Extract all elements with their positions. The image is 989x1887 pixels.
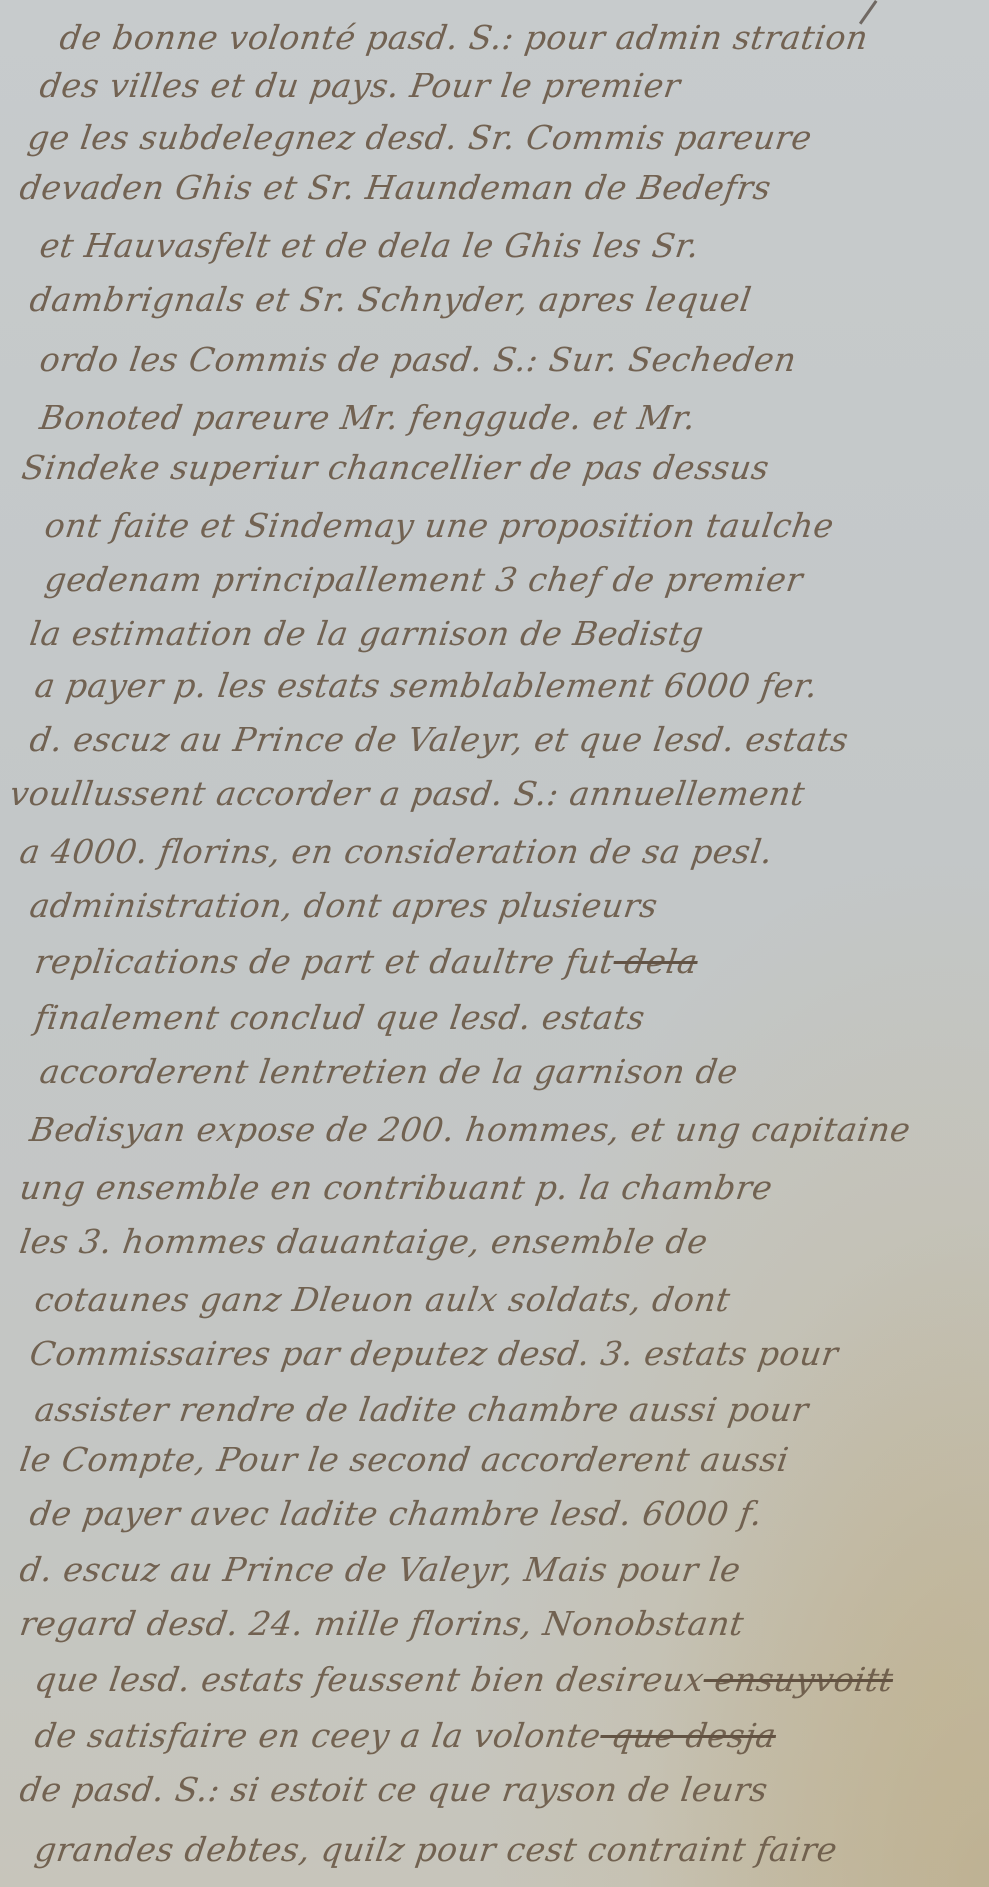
manuscript-line-text: de bonne volonté pasd. S.: pour admin st…: [57, 18, 870, 57]
manuscript-line: Sindeke superiur chancellier de pas dess…: [19, 448, 772, 488]
manuscript-line: devaden Ghis et Sr. Haundeman de Bedefrs: [17, 168, 773, 208]
manuscript-line-text: que lesd. estats feussent bien desireux: [32, 1660, 706, 1699]
manuscript-line-text: ordo les Commis de pasd. S.: Sur. Seched…: [37, 340, 799, 379]
manuscript-line-text: de payer avec ladite chambre lesd. 6000 …: [27, 1494, 765, 1533]
manuscript-line-text: ge les subdelegnez desd. Sr. Commis pare…: [25, 118, 814, 157]
manuscript-line: d. escuz au Prince de Valeyr, et que les…: [27, 720, 851, 760]
manuscript-line-text: des villes et du pays. Pour le premier: [37, 66, 683, 105]
manuscript-line: de satisfaire en ceey a la volonte que d…: [32, 1716, 779, 1756]
manuscript-line: administration, dont apres plusieurs: [27, 886, 660, 926]
manuscript-line-text: ung ensemble en contribuant p. la chambr…: [17, 1168, 775, 1207]
manuscript-line-text: Bedisyan expose de 200. hommes, et ung c…: [27, 1110, 913, 1149]
manuscript-line: d. escuz au Prince de Valeyr, Mais pour …: [17, 1550, 743, 1590]
manuscript-line-text: cotaunes ganz Dleuon aulx soldats, dont: [32, 1280, 732, 1319]
manuscript-line: a payer p. les estats semblablement 6000…: [32, 666, 820, 706]
manuscript-line-text: Bonoted pareure Mr. fenggude. et Mr.: [37, 398, 698, 437]
handwritten-text-block: de bonne volonté pasd. S.: pour admin st…: [0, 0, 989, 1887]
manuscript-line: gedenam principallement 3 chef de premie…: [42, 560, 805, 600]
manuscript-line-text: d. escuz au Prince de Valeyr, et que les…: [27, 720, 851, 759]
manuscript-line: finalement conclud que lesd. estats: [32, 998, 647, 1038]
manuscript-line-text: voullussent accorder a pasd. S.: annuell…: [7, 774, 807, 813]
manuscript-line-text: finalement conclud que lesd. estats: [32, 998, 647, 1037]
manuscript-line-text: le Compte, Pour le second accorderent au…: [17, 1440, 791, 1479]
manuscript-line: et Hauvasfelt et de dela le Ghis les Sr.: [37, 226, 702, 266]
manuscript-line: Bonoted pareure Mr. fenggude. et Mr.: [37, 398, 698, 438]
manuscript-line-text: la estimation de la garnison de Bedistg: [27, 614, 706, 653]
manuscript-line: Commissaires par deputez desd. 3. estats…: [27, 1334, 841, 1374]
manuscript-line: les 3. hommes dauantaige, ensemble de: [17, 1222, 710, 1262]
manuscript-line-text: administration, dont apres plusieurs: [27, 886, 660, 925]
manuscript-line-text: dambrignals et Sr. Schnyder, apres leque…: [27, 280, 754, 319]
manuscript-line: ont faite et Sindemay une proposition ta…: [42, 506, 836, 546]
manuscript-line: de payer avec ladite chambre lesd. 6000 …: [27, 1494, 765, 1534]
manuscript-line: ordo les Commis de pasd. S.: Sur. Seched…: [37, 340, 799, 380]
manuscript-line-text: a payer p. les estats semblablement 6000…: [32, 666, 820, 705]
manuscript-line-text: assister rendre de ladite chambre aussi …: [32, 1390, 811, 1429]
manuscript-line: voullussent accorder a pasd. S.: annuell…: [7, 774, 807, 814]
manuscript-line-text: Commissaires par deputez desd. 3. estats…: [27, 1334, 841, 1373]
manuscript-line: a 4000. florins, en consideration de sa …: [17, 832, 775, 872]
manuscript-line: ge les subdelegnez desd. Sr. Commis pare…: [25, 118, 814, 158]
manuscript-line: Bedisyan expose de 200. hommes, et ung c…: [27, 1110, 913, 1150]
manuscript-line: des villes et du pays. Pour le premier: [37, 66, 683, 106]
manuscript-line-text: de satisfaire en ceey a la volonte: [32, 1716, 603, 1755]
struck-out-word: que desja: [598, 1716, 779, 1755]
manuscript-line: replications de part et daultre fut dela: [32, 942, 700, 982]
manuscript-line-text: a 4000. florins, en consideration de sa …: [17, 832, 775, 871]
manuscript-line: de bonne volonté pasd. S.: pour admin st…: [57, 18, 871, 58]
manuscript-line-text: d. escuz au Prince de Valeyr, Mais pour …: [17, 1550, 743, 1589]
manuscript-line-text: accorderent lentretien de la garnison de: [37, 1052, 740, 1091]
manuscript-line-text: gedenam principallement 3 chef de premie…: [42, 560, 805, 599]
manuscript-line: que lesd. estats feussent bien desireux …: [32, 1660, 896, 1700]
manuscript-line: ung ensemble en contribuant p. la chambr…: [17, 1168, 775, 1208]
manuscript-line: accorderent lentretien de la garnison de: [37, 1052, 740, 1092]
manuscript-line: regard desd. 24. mille florins, Nonobsta…: [17, 1604, 746, 1644]
manuscript-line: le Compte, Pour le second accorderent au…: [17, 1440, 791, 1480]
manuscript-line-text: les 3. hommes dauantaige, ensemble de: [17, 1222, 710, 1261]
manuscript-line: cotaunes ganz Dleuon aulx soldats, dont: [32, 1280, 733, 1320]
manuscript-line-text: regard desd. 24. mille florins, Nonobsta…: [17, 1604, 746, 1643]
manuscript-line-text: replications de part et daultre fut: [32, 942, 616, 981]
manuscript-line: la estimation de la garnison de Bedistg: [27, 614, 706, 654]
struck-out-word: dela: [611, 942, 700, 981]
manuscript-line-text: Sindeke superiur chancellier de pas dess…: [19, 448, 771, 487]
struck-out-word: ensuyvoitt: [701, 1660, 896, 1699]
manuscript-line-text: et Hauvasfelt et de dela le Ghis les Sr.: [37, 226, 701, 265]
manuscript-line-text: ont faite et Sindemay une proposition ta…: [42, 506, 836, 545]
manuscript-line: assister rendre de ladite chambre aussi …: [32, 1390, 811, 1430]
manuscript-line: de pasd. S.: si estoit ce que rayson de …: [17, 1770, 770, 1810]
manuscript-line-text: devaden Ghis et Sr. Haundeman de Bedefrs: [17, 168, 773, 207]
manuscript-line-text: de pasd. S.: si estoit ce que rayson de …: [17, 1770, 770, 1809]
manuscript-line: grandes debtes, quilz pour cest contrain…: [32, 1830, 840, 1870]
manuscript-page: de bonne volonté pasd. S.: pour admin st…: [0, 0, 989, 1887]
manuscript-line: dambrignals et Sr. Schnyder, apres leque…: [27, 280, 754, 320]
manuscript-line-text: grandes debtes, quilz pour cest contrain…: [32, 1830, 840, 1869]
